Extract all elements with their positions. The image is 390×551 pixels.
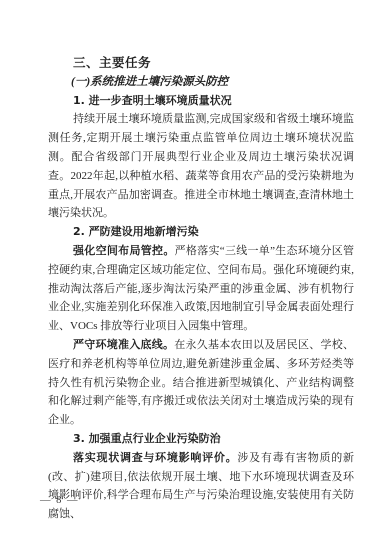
paragraph-bold-lead: 强化空间布局管控。 xyxy=(73,244,175,257)
task-heading-3: 3. 加强重点行业企业污染防治 xyxy=(48,430,354,449)
paragraph-text: 持续开展土壤环境质量监测,完成国家级和省级土壤环境监测任务,定期开展土壤污染重点… xyxy=(48,113,354,219)
paragraph-text: 在永久基本农田以及居民区、学校、医疗和养老机构等单位周边,避免新建涉重金属、多环… xyxy=(48,339,354,426)
document-page: 三、主要任务 (一)系统推进土壤污染源头防控 1. 进一步查明土壤环境质量状况 … xyxy=(0,0,390,551)
paragraph-bold-lead: 落实现状调查与环境影响评价。 xyxy=(73,451,237,464)
section-heading: 三、主要任务 xyxy=(48,54,354,73)
paragraph-soil-monitoring: 持续开展土壤环境质量监测,完成国家级和省级土壤环境监测任务,定期开展土壤污染重点… xyxy=(48,110,354,223)
subsection-heading: (一)系统推进土壤污染源头防控 xyxy=(48,73,354,92)
paragraph-bold-lead: 严守环境准入底线。 xyxy=(73,338,174,351)
document-body: 三、主要任务 (一)系统推进土壤污染源头防控 1. 进一步查明土壤环境质量状况 … xyxy=(48,54,354,524)
paragraph-text: 严格落实“三线一单”生态环境分区管控硬约束,合理确定区域功能定位、空间布局。强化… xyxy=(48,245,354,332)
task-heading-2: 2. 严防建设用地新增污染 xyxy=(48,223,354,242)
paragraph-access-redline: 严守环境准入底线。在永久基本农田以及居民区、学校、医疗和养老机构等单位周边,避免… xyxy=(48,336,354,430)
paragraph-spatial-layout: 强化空间布局管控。严格落实“三线一单”生态环境分区管控硬约束,合理确定区域功能定… xyxy=(48,242,354,336)
paragraph-impact-assessment: 落实现状调查与环境影响评价。涉及有毒有害物质的新(改、扩)建项目,依法依规开展土… xyxy=(48,449,354,524)
page-number: — 8 — xyxy=(40,495,79,506)
task-heading-1: 1. 进一步查明土壤环境质量状况 xyxy=(48,92,354,111)
